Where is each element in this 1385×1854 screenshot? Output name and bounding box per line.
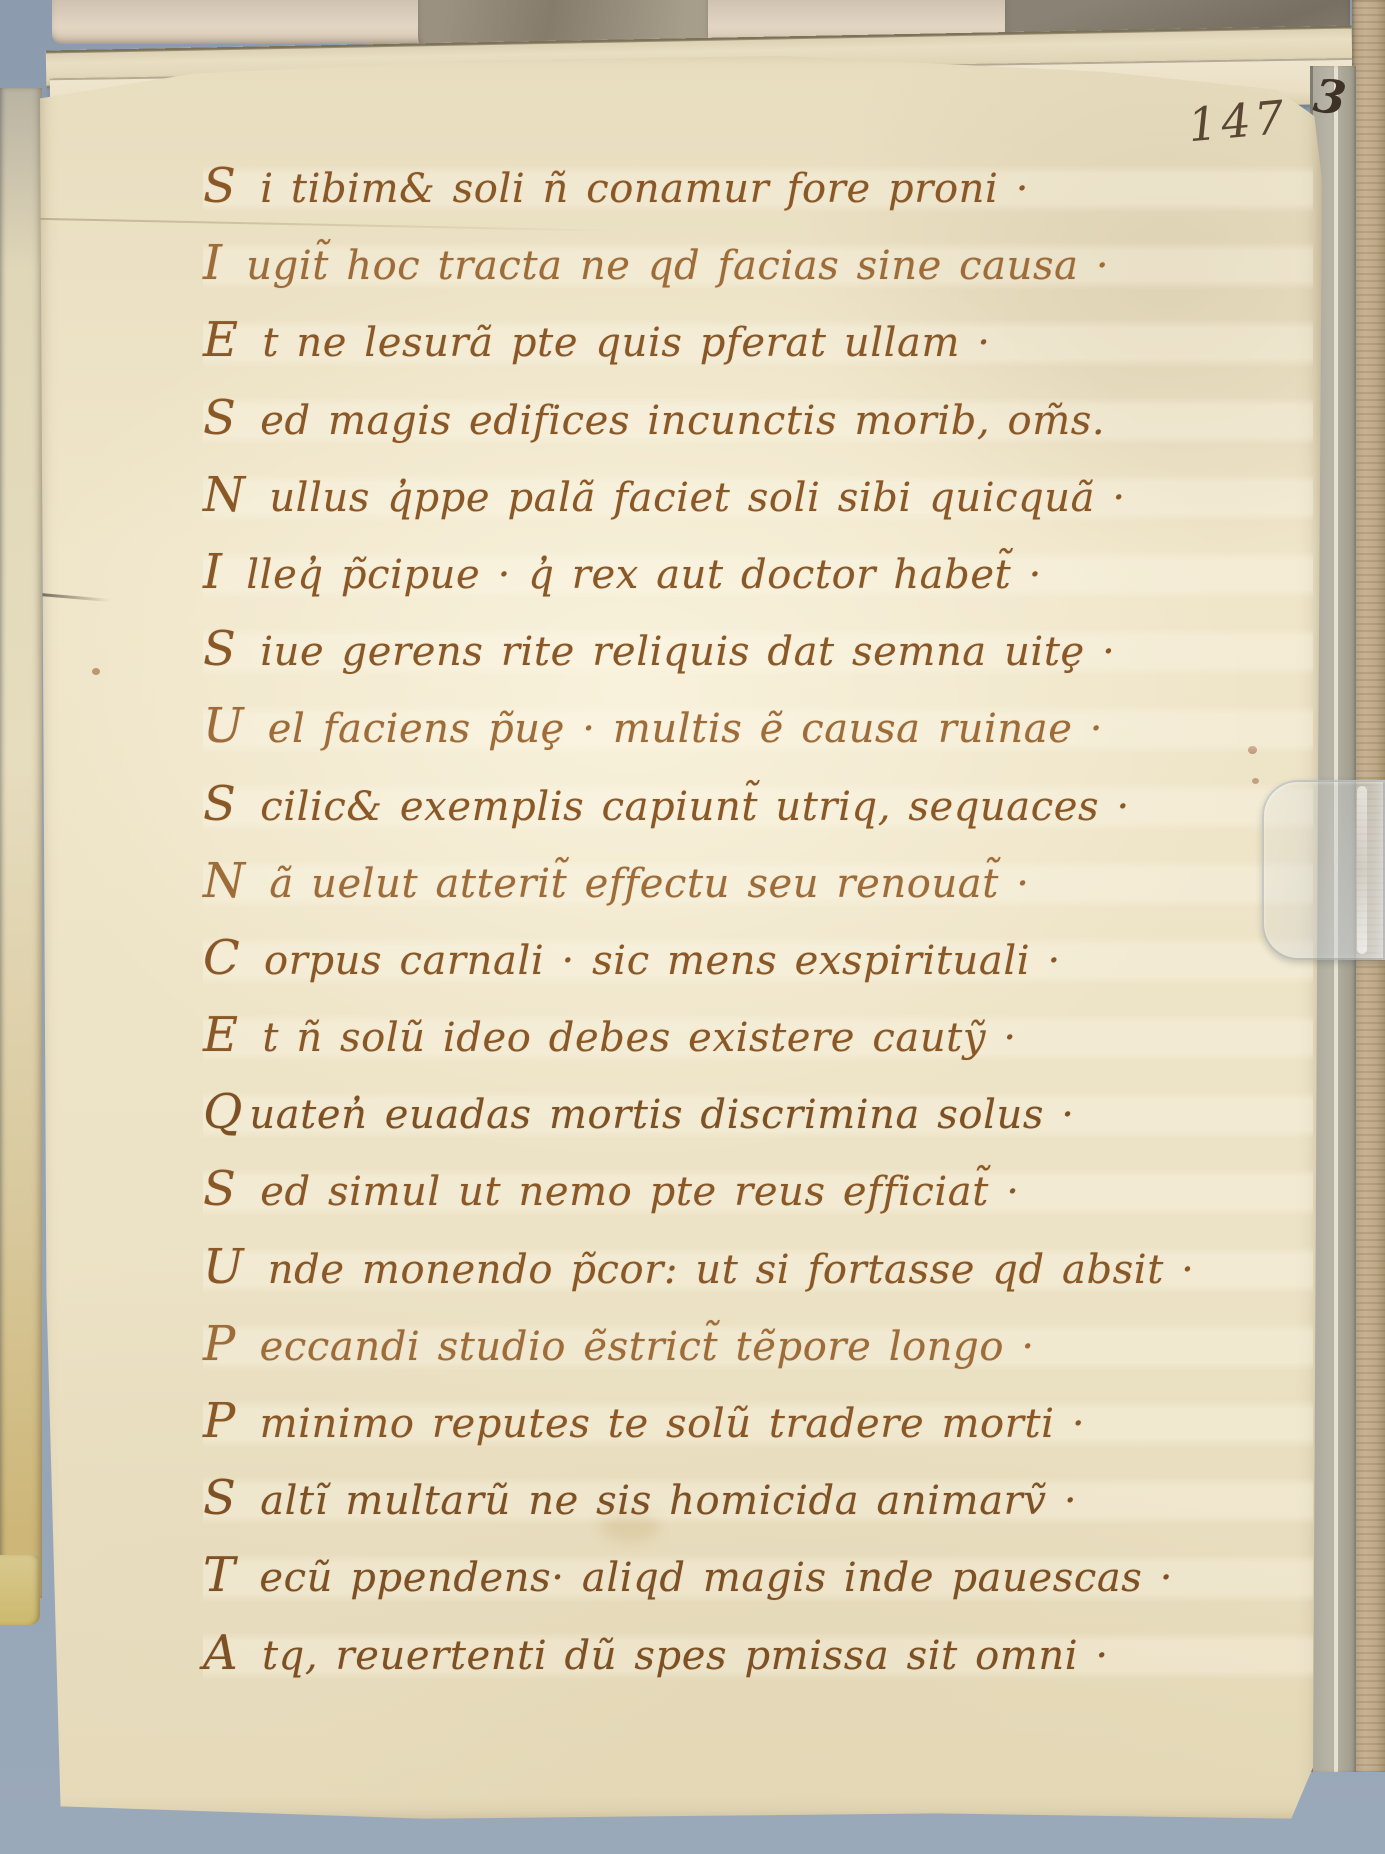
verse-text-block: S i tibim& soli ñ conamur fore proni · I…	[203, 148, 1313, 1692]
verse-line: S ed simul ut nemo pte reus efficiat̃ ·	[203, 1151, 1313, 1228]
verse-line: S altĩ multarũ ne sis homicida animarṽ ·	[203, 1460, 1313, 1537]
verse-line: S i tibim& soli ñ conamur fore proni ·	[203, 148, 1313, 225]
verse-line: I lleq̓ p̃cipue · q̓ rex aut doctor habe…	[203, 534, 1313, 611]
manuscript-page: 147 S i tibim& soli ñ conamur fore proni…	[40, 56, 1322, 1824]
manuscript-photograph: 3 147 S i tibim& soli ñ conamur fore pro…	[0, 0, 1385, 1854]
verse-line: E t ñ solũ ideo debes existere cautỹ ·	[203, 997, 1313, 1074]
verse-line: N ã uelut atterit̃ effectu seu renouat̃ …	[203, 843, 1313, 920]
verse-line: Quaten̓ euadas mortis discrimina solus ·	[203, 1074, 1313, 1151]
verse-line: U nde monendo p̃cor: ut si fortasse qd a…	[203, 1229, 1313, 1306]
plastic-page-clip	[1262, 780, 1385, 960]
verse-line: N ullus q̓ppe palã faciet soli sibi quic…	[203, 457, 1313, 534]
left-page-stub-lower	[0, 1555, 40, 1625]
verse-line: S iue gerens rite reliquis dat semna uit…	[203, 611, 1313, 688]
ink-spot	[92, 668, 100, 675]
verse-line: C orpus carnali · sic mens exspirituali …	[203, 920, 1313, 997]
verse-line: P eccandi studio ẽstrict̃ tẽpore longo ·	[203, 1306, 1313, 1383]
verse-line: T ecũ ppendens· aliqd magis inde pauesca…	[203, 1537, 1313, 1614]
adjacent-folio-numeral: 3	[1311, 68, 1349, 125]
folio-number: 147	[1186, 90, 1290, 152]
verse-line: I ugit̃ hoc tracta ne qd facias sine cau…	[203, 225, 1313, 302]
parchment-tear	[40, 593, 110, 602]
verse-line: P minimo reputes te solũ tradere morti ·	[203, 1383, 1313, 1460]
verse-line: E t ne lesurã pte quis pferat ullam ·	[203, 302, 1313, 379]
verse-line: S cilic& exemplis capiunt̃ utriq, sequac…	[203, 766, 1313, 843]
verse-line: S ed magis edifices incunctis morib, om̃…	[203, 380, 1313, 457]
verse-line: A tq, reuertenti dũ spes pmissa sit omni…	[203, 1615, 1313, 1692]
left-page-stub	[0, 88, 42, 1598]
verse-line: U el faciens p̃uȩ · multis ẽ causa ruina…	[203, 688, 1313, 765]
